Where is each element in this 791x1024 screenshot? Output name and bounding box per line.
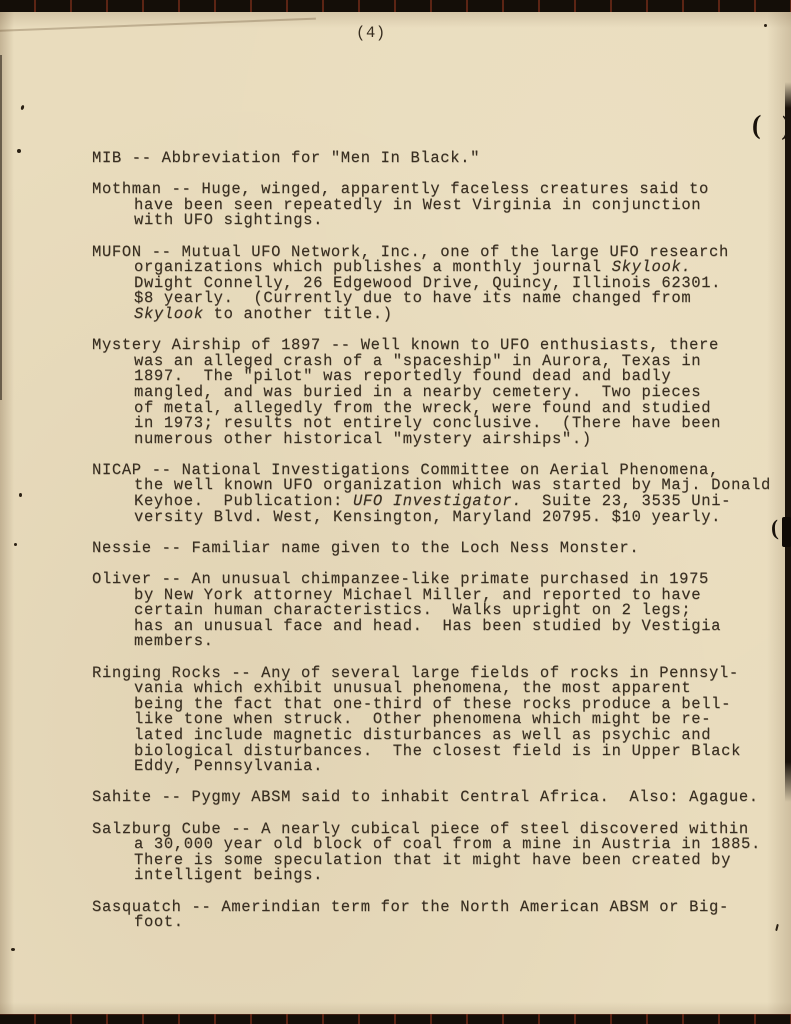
text-segment: Nessie -- Familiar name given to the Loc… xyxy=(92,539,639,557)
entry-continuation-line: with UFO sightings. xyxy=(134,213,772,229)
entry-continuation-line: has an unusual face and head. Has been s… xyxy=(134,619,772,635)
paper-speck xyxy=(764,24,767,27)
glossary-entry: Mothman -- Huge, winged, apparently face… xyxy=(92,182,772,229)
glossary-entry: Sasquatch -- Amerindian term for the Nor… xyxy=(92,900,772,931)
text-segment: members. xyxy=(134,632,214,650)
text-segment: versity Blvd. West, Kensington, Maryland… xyxy=(134,508,721,526)
paper-speck xyxy=(19,493,22,497)
text-segment: MIB -- Abbreviation for "Men In Black." xyxy=(92,149,480,167)
text-segment: has an unusual face and head. Has been s… xyxy=(134,617,721,635)
glossary-entry: MIB -- Abbreviation for "Men In Black." xyxy=(92,151,772,167)
paper-speck xyxy=(17,149,21,153)
text-segment: with UFO sightings. xyxy=(134,211,323,229)
text-segment: intelligent beings. xyxy=(134,866,323,884)
paper-speck xyxy=(14,543,17,546)
entry-continuation-line: versity Blvd. West, Kensington, Maryland… xyxy=(134,510,772,526)
entry-continuation-line: members. xyxy=(134,634,772,650)
entry-continuation-line: Skylook to another title.) xyxy=(134,307,772,323)
text-segment: Sasquatch -- Amerindian term for the Nor… xyxy=(92,898,729,916)
text-segment: to another title.) xyxy=(204,305,393,323)
glossary-entry: Sahite -- Pygmy ABSM said to inhabit Cen… xyxy=(92,790,772,806)
entry-term-line: Sahite -- Pygmy ABSM said to inhabit Cen… xyxy=(92,790,772,806)
page-edge-right xyxy=(785,82,791,802)
entry-term-line: Sasquatch -- Amerindian term for the Nor… xyxy=(92,900,772,916)
entry-term-line: MIB -- Abbreviation for "Men In Black." xyxy=(92,151,772,167)
glossary-entry: Ringing Rocks -- Any of several large fi… xyxy=(92,666,772,775)
entry-continuation-line: intelligent beings. xyxy=(134,868,772,884)
glossary-entries: MIB -- Abbreviation for "Men In Black."M… xyxy=(92,151,772,946)
text-segment: foot. xyxy=(134,913,184,931)
scanned-document-page: (4) MIB -- Abbreviation for "Men In Blac… xyxy=(0,0,791,1024)
entry-continuation-line: Eddy, Pennsylvania. xyxy=(134,759,772,775)
glossary-entry: Mystery Airship of 1897 -- Well known to… xyxy=(92,338,772,447)
text-segment: numerous other historical "mystery airsh… xyxy=(134,430,592,448)
page-edge-left xyxy=(0,55,2,400)
entry-continuation-line: numerous other historical "mystery airsh… xyxy=(134,432,772,448)
glossary-entry: NICAP -- National Investigations Committ… xyxy=(92,463,772,525)
glossary-entry: Salzburg Cube -- A nearly cubical piece … xyxy=(92,822,772,884)
pen-mark-open-paren: ( xyxy=(770,515,779,541)
glossary-entry: Nessie -- Familiar name given to the Loc… xyxy=(92,541,772,557)
paper-speck xyxy=(11,948,15,951)
pen-mark-parentheses: ( ) xyxy=(751,109,791,142)
glossary-entry: MUFON -- Mutual UFO Network, Inc., one o… xyxy=(92,245,772,323)
italic-text-segment: Skylook xyxy=(134,305,204,323)
page-number: (4) xyxy=(356,24,386,42)
text-segment: Sahite -- Pygmy ABSM said to inhabit Cen… xyxy=(92,788,759,806)
scan-edge-top xyxy=(0,0,791,12)
scan-edge-bottom xyxy=(0,1014,791,1024)
text-segment: Eddy, Pennsylvania. xyxy=(134,757,323,775)
glossary-entry: Oliver -- An unusual chimpanzee-like pri… xyxy=(92,572,772,650)
entry-term-line: Nessie -- Familiar name given to the Loc… xyxy=(92,541,772,557)
entry-continuation-line: foot. xyxy=(134,915,772,931)
page-edge-right-shadow xyxy=(782,517,791,547)
